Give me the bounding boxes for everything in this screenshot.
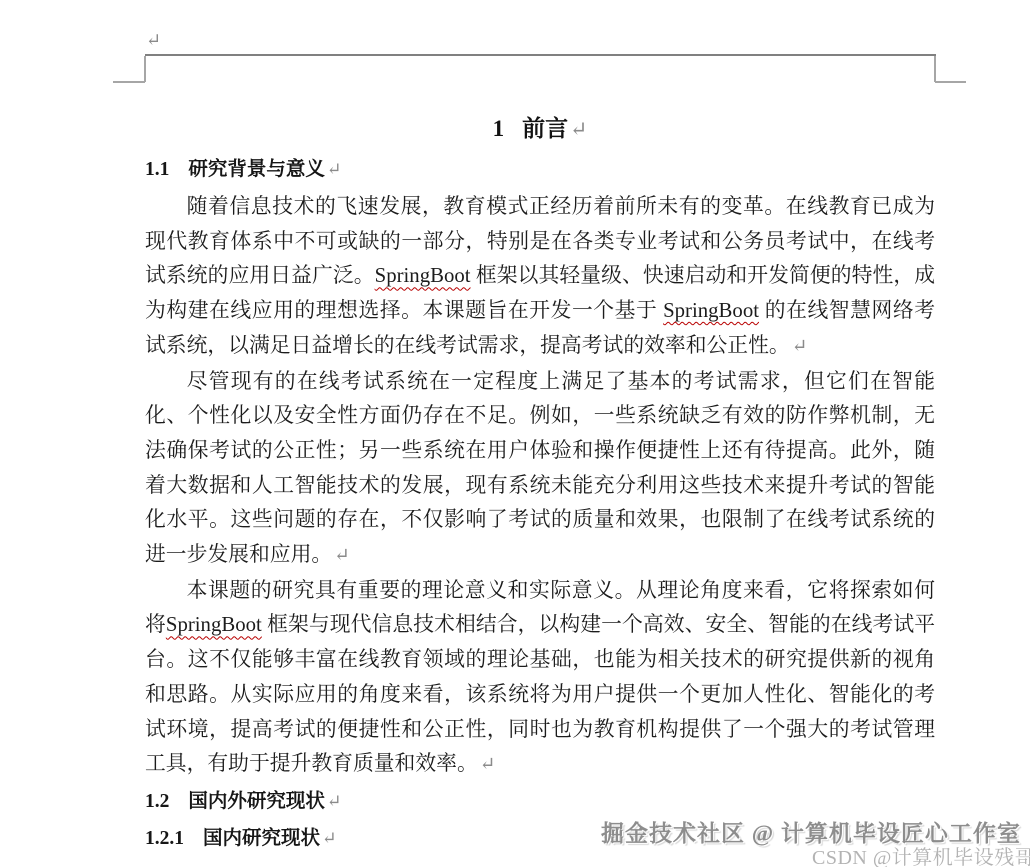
heading-text: 研究背景与意义 [188, 159, 325, 180]
chapter-title-text: 前言 [522, 116, 568, 141]
paragraph-mark-icon: ↵ [568, 119, 587, 141]
paragraph-mark-icon: ↵ [332, 545, 350, 566]
margin-crop-mark-top-right-horizontal [935, 81, 966, 83]
header-paragraph-mark-icon: ↵ [146, 31, 161, 49]
heading-number: 1.2 [145, 791, 169, 812]
body-paragraph: 本课题的研究具有重要的理论意义和实际意义。从理论角度来看，它将探索如何将Spri… [145, 574, 935, 783]
paragraph-mark-icon: ↵ [325, 791, 342, 811]
chapter-title: 1前言↵ [145, 108, 935, 151]
body-paragraph: 尽管现有的在线考试系统在一定程度上满足了基本的考试需求，但它们在智能化、个性化以… [145, 365, 935, 574]
section-heading-1.1: 1.1研究背景与意义↵ [145, 151, 935, 188]
spellcheck-flagged-word: SpringBoot [375, 264, 471, 287]
body-paragraph: 随着信息技术的飞速发展，教育模式正经历着前所未有的变革。在线教育已成为现代教育体… [145, 190, 935, 365]
margin-crop-mark-top-right-vertical [934, 56, 936, 82]
heading-text: 国内研究现状 [203, 828, 320, 849]
document-blocks: 1.1研究背景与意义↵随着信息技术的飞速发展，教育模式正经历着前所未有的变革。在… [145, 151, 935, 857]
heading-number: 1.2.1 [145, 828, 184, 849]
margin-crop-mark-top-left-vertical [144, 56, 146, 82]
paragraph-mark-icon: ↵ [325, 159, 342, 179]
paragraph-text: 框架与现代信息技术相结合，以构建一个高效、安全、智能的在线考试平台。这不仅能够丰… [145, 613, 935, 775]
spellcheck-flagged-word: SpringBoot [663, 299, 759, 322]
paragraph-mark-icon: ↵ [478, 754, 496, 775]
margin-crop-mark-top-left-horizontal [113, 81, 145, 83]
watermark-csdn: CSDN @计算机毕设残哥 [812, 841, 1030, 867]
paragraph-mark-icon: ↵ [320, 828, 337, 848]
word-document-page: ↵ 1前言↵ 1.1研究背景与意义↵随着信息技术的飞速发展，教育模式正经历着前所… [0, 0, 1030, 867]
document-body: 1前言↵ 1.1研究背景与意义↵随着信息技术的飞速发展，教育模式正经历着前所未有… [145, 82, 935, 857]
spellcheck-flagged-word: SpringBoot [166, 613, 262, 636]
heading-text: 国内外研究现状 [188, 791, 325, 812]
paragraph-text: 尽管现有的在线考试系统在一定程度上满足了基本的考试需求，但它们在智能化、个性化以… [145, 370, 935, 567]
header-bottom-border [145, 54, 936, 56]
paragraph-mark-icon: ↵ [790, 336, 808, 357]
heading-number: 1.1 [145, 159, 169, 180]
chapter-number: 1 [493, 116, 505, 141]
